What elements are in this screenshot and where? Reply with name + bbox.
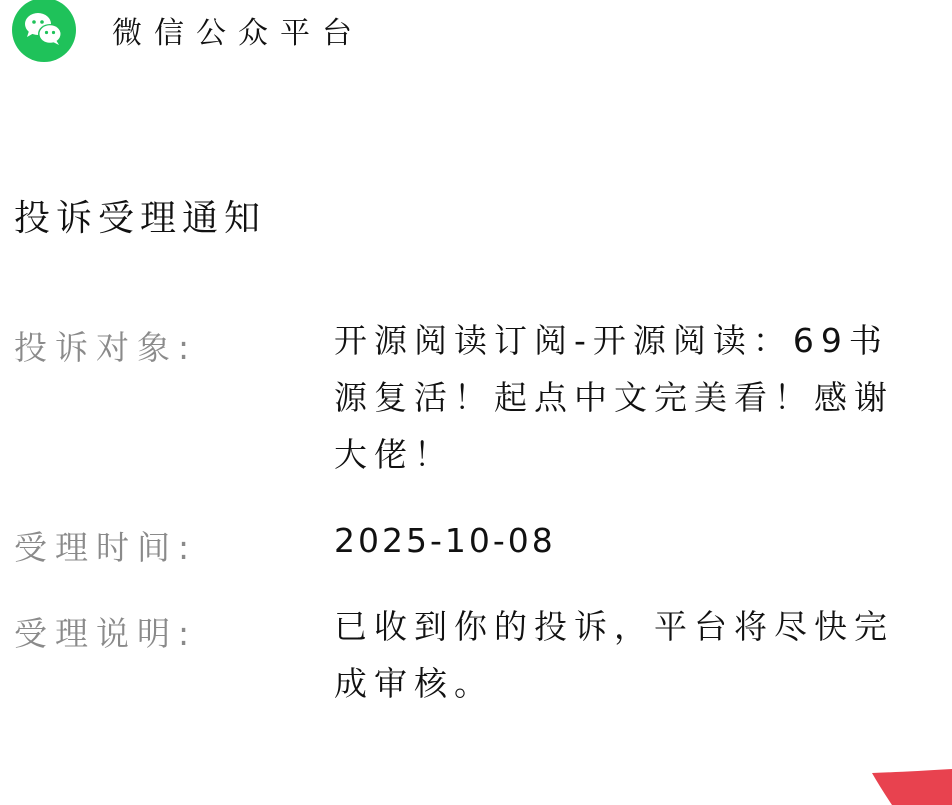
corner-decoration <box>872 769 952 805</box>
field-value: 开源阅读订阅-开源阅读：69书源复活！起点中文完美看！感谢大佬！ <box>334 312 924 483</box>
field-value: 已收到你的投诉，平台将尽快完成审核。 <box>334 598 924 712</box>
app-name: 微信公众平台 <box>112 8 364 52</box>
complaint-notice-page: 微信公众平台 投诉受理通知 投诉对象: 开源阅读订阅-开源阅读：69书源复活！起… <box>0 0 952 805</box>
field-value: 2025-10-08 <box>334 512 924 569</box>
header: 微信公众平台 <box>12 4 364 62</box>
field-label: 受理说明: <box>14 608 197 655</box>
page-title: 投诉受理通知 <box>14 190 266 241</box>
wechat-logo-icon <box>12 0 76 62</box>
field-label: 投诉对象: <box>14 322 197 369</box>
field-label: 受理时间: <box>14 522 197 569</box>
